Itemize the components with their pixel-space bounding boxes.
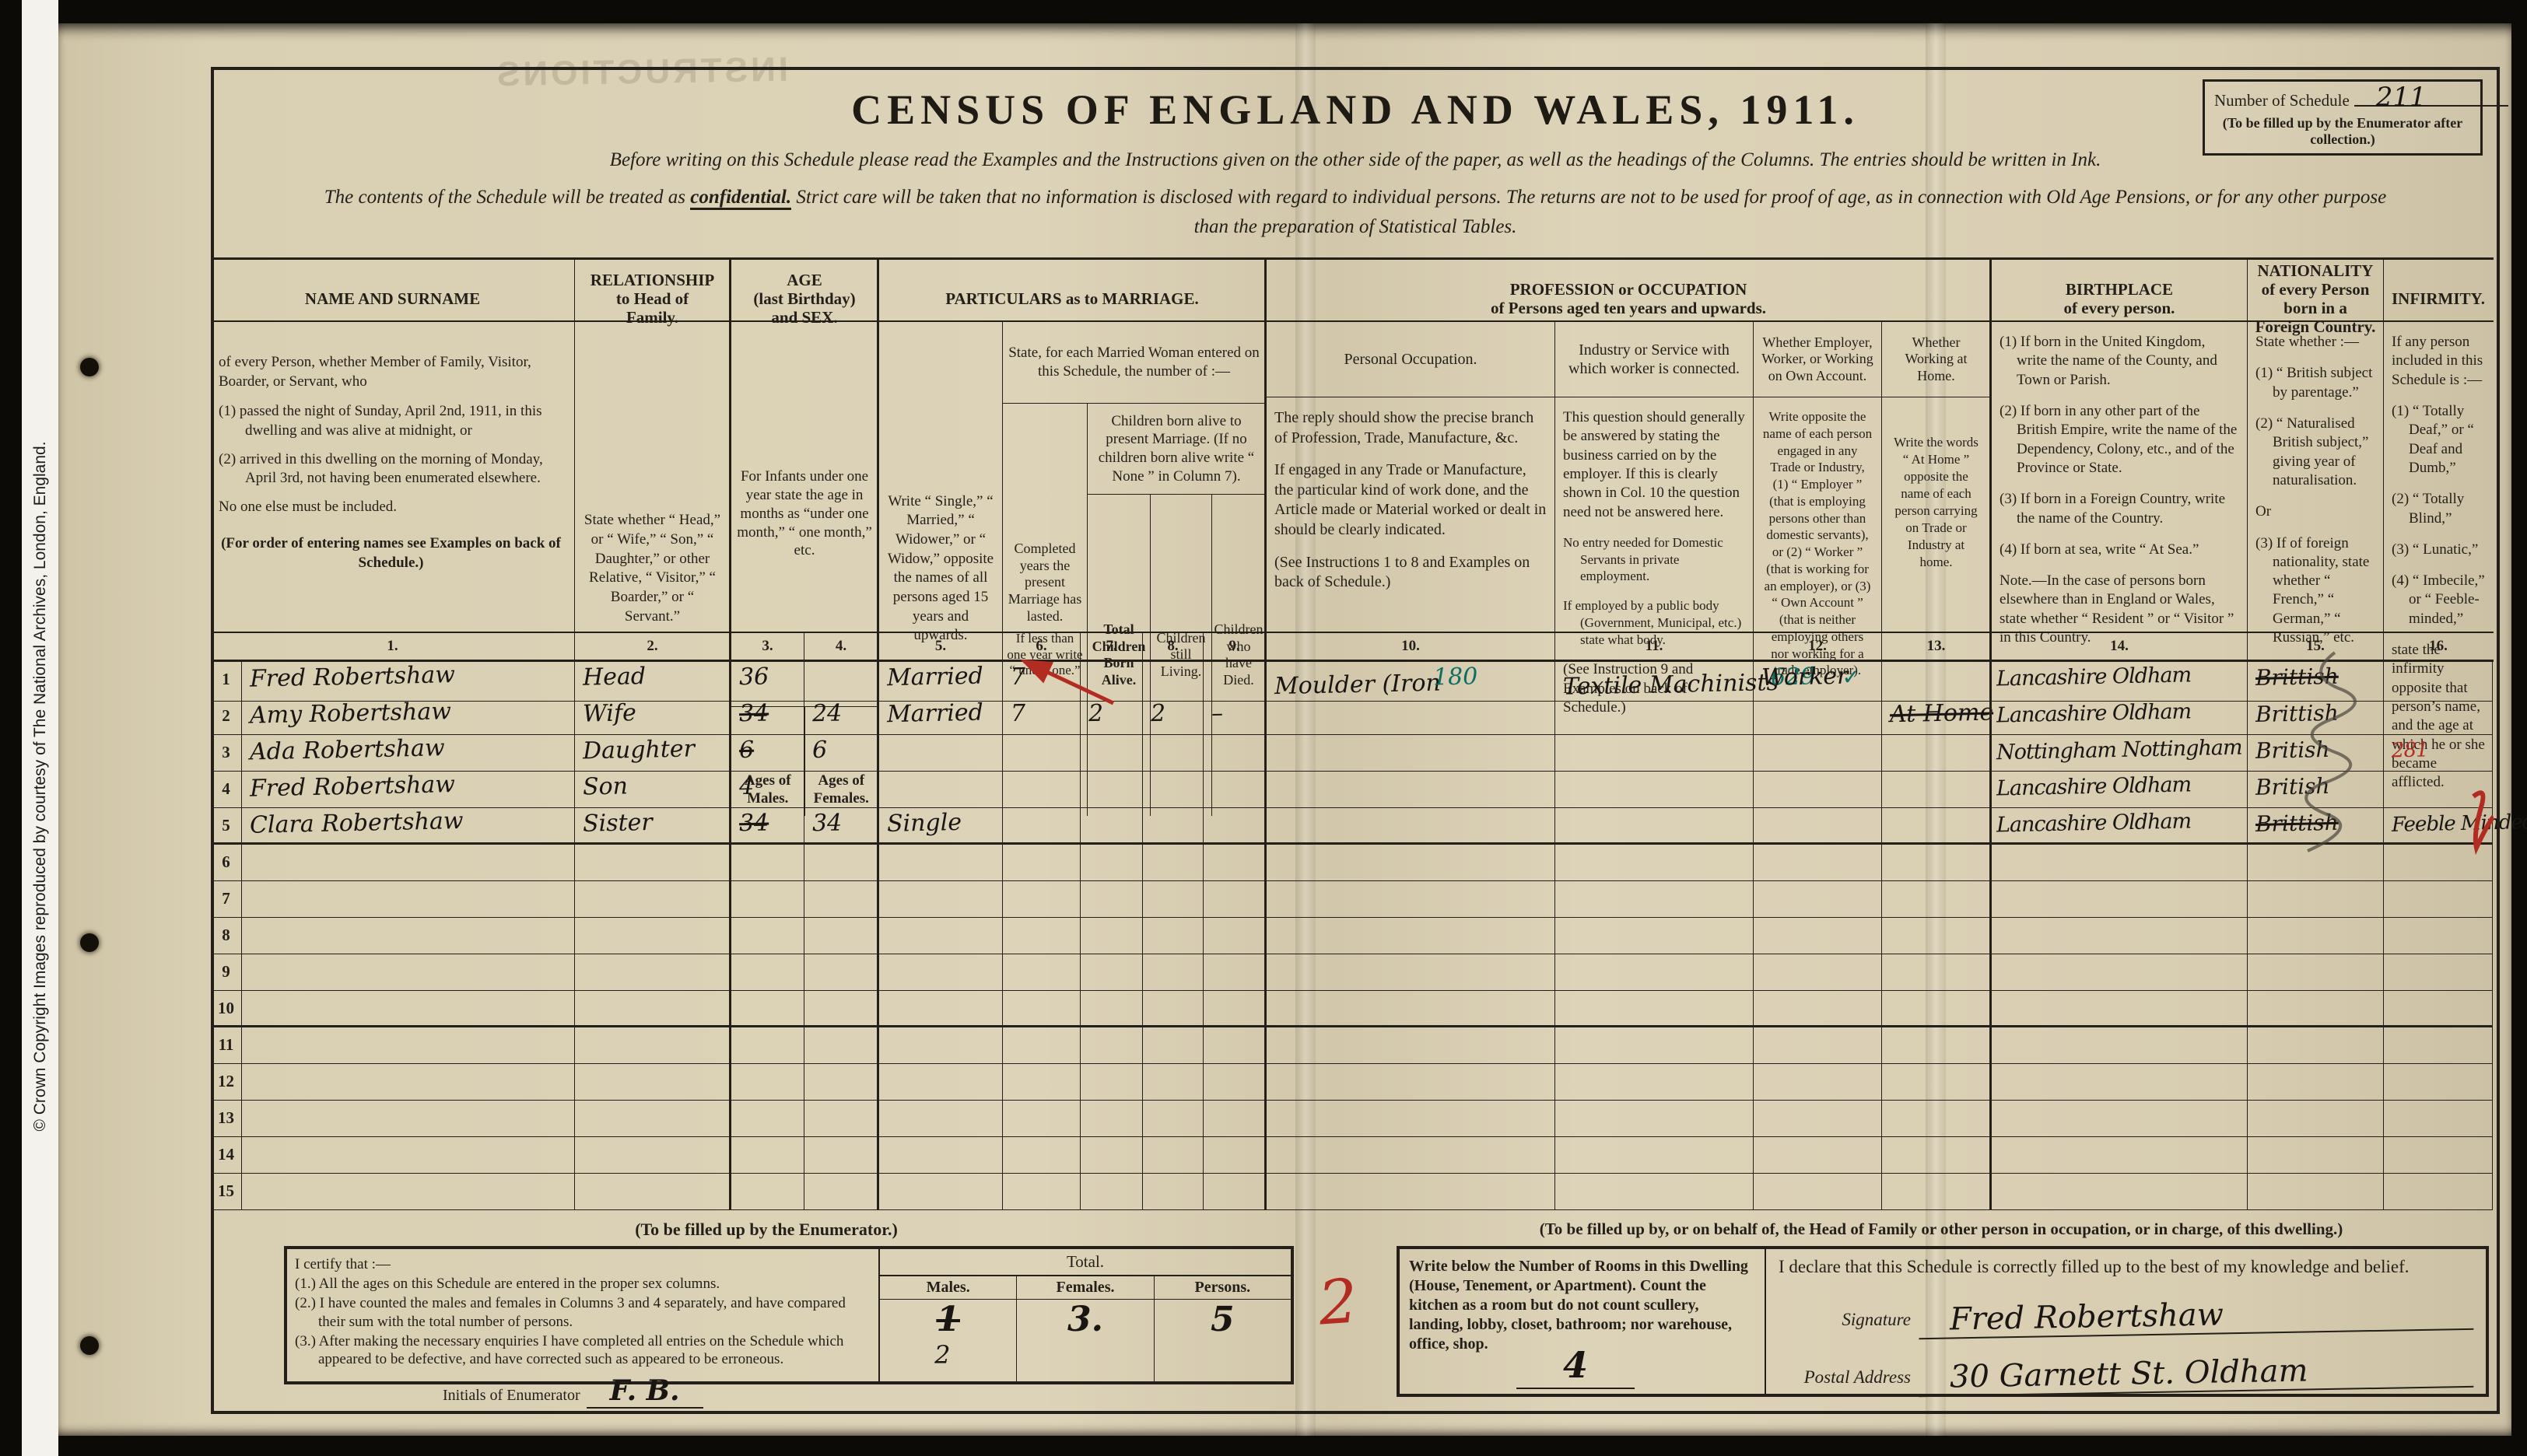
cell-f [804,1027,878,1064]
cell-c8 [1143,1174,1204,1210]
cell-c9 [1204,1027,1266,1064]
cell-ind [1555,918,1754,954]
column-description-row: of every Person, whether Member of Famil… [211,322,2494,633]
cell-occ [1264,1174,1555,1210]
cell-f: 6 [804,735,878,772]
cell-c8 [1143,1101,1204,1137]
cell-m: 6 [729,735,804,772]
enumerator-heading: (To be filled up by the Enumerator.) [331,1220,1202,1240]
table-row: 10 [211,991,2494,1027]
cell-birth: Lancashire Oldham [1989,662,2248,702]
cell-ind [1555,1064,1754,1101]
desc-birth-2: (2) If born in any other part of the Bri… [2000,402,2239,478]
hole-punch [80,933,99,952]
cell-occ [1264,1064,1555,1101]
totals-table: Total. Males. 12 Females. 3. Persons. 5 [880,1249,1291,1381]
desc-occ-p2: If engaged in any Trade or Manufacture, … [1274,460,1547,540]
desc-inf-3: (2) “ Totally Blind,” [2392,490,2485,528]
cell-c6 [1003,808,1081,845]
cell-c6 [1003,845,1081,881]
cell-c6 [1003,1064,1081,1101]
hole-punch [80,1336,99,1355]
desc-married-woman: State, for each Married Woman entered on… [1003,322,1265,404]
cell-mar [877,918,1003,954]
census-form: Number of Schedule211 (To be filled up b… [211,67,2500,1414]
cell-c9 [1204,845,1266,881]
totals-title: Total. [880,1249,1291,1276]
cell-occ [1264,881,1555,918]
cell-c9: – [1204,698,1266,735]
cell-mar [877,1064,1003,1101]
cell-nat: British [2248,772,2384,808]
rooms-box: Write below the Number of Rooms in this … [1400,1249,1766,1394]
cell-c7 [1081,1064,1143,1101]
desc-nat-2: (1) “ British subject by parentage.” [2255,364,2375,402]
cell-m [729,991,804,1027]
desc-inf-5: (4) “ Imbecile,” or “ Feeble-minded,” [2392,572,2485,628]
enumerator-certify: I certify that :— (1.) All the ages on t… [287,1249,880,1381]
cell-rel [575,845,731,881]
cell-rel [575,1064,731,1101]
cell-home [1882,1101,1991,1137]
cell-nat [2248,1174,2384,1210]
cell-c8 [1143,845,1204,881]
cell-birth: Lancashire Oldham [1989,698,2248,735]
cell-occ: Moulder (Iron180 [1264,662,1555,702]
desc-occupation-title: Personal Occupation. [1267,322,1554,397]
cell-name [242,881,575,918]
enumerator-initials-value: F. B. [587,1374,703,1409]
cell-home [1882,1137,1991,1174]
cell-c9 [1204,1137,1266,1174]
hole-punch [80,358,99,376]
col-num-15: 15. [2248,633,2384,660]
desc-birth-3: (3) If born in a Foreign Country, write … [2000,490,2239,528]
totals-females: Females. 3. [1017,1276,1154,1381]
cell-f [804,1174,878,1210]
cell-mar [877,772,1003,808]
desc-industry-title: Industry or Service with which worker is… [1555,322,1753,397]
cell-home [1882,991,1991,1027]
col-num-5: 5. [877,633,1003,660]
cell-mar: Married [877,662,1003,702]
cell-emp [1754,1027,1882,1064]
desc-birth-4: (4) If born at sea, write “ At Sea.” [2000,541,2239,559]
table-row: 5Clara RobertshawSister3434SingleLancash… [211,808,2494,845]
cell-emp [1754,954,1882,991]
row-number: 6 [211,845,242,881]
cell-inf [2384,772,2493,808]
cell-name [242,954,575,991]
postal-address-value: 30 Garnett St. Oldham [1919,1350,2474,1397]
cell-emp [1754,991,1882,1027]
cell-occ [1264,991,1555,1027]
cell-m [729,954,804,991]
cell-birth [1989,954,2248,991]
confidential-pre: The contents of the Schedule will be tre… [324,187,691,208]
confidential-post: Strict care will be taken that no inform… [791,187,2386,208]
desc-nat-1: State whether :— [2255,333,2375,352]
cell-occ [1264,918,1555,954]
cell-emp [1754,808,1882,845]
cell-f [804,1101,878,1137]
cell-c6 [1003,735,1081,772]
cell-c8 [1143,1137,1204,1174]
scanned-census-page: © Crown Copyright Images reproduced by c… [0,0,2527,1456]
cell-home [1882,735,1991,772]
cell-mar [877,1101,1003,1137]
cell-nat [2248,1064,2384,1101]
cell-c7 [1081,1027,1143,1064]
cell-occ [1264,735,1555,772]
row-number: 12 [211,1064,242,1101]
cell-mar [877,991,1003,1027]
cell-inf: Feeble Minded [2384,808,2493,845]
row-number: 13 [211,1101,242,1137]
cell-c7 [1081,808,1143,845]
cell-c7 [1081,845,1143,881]
desc-at-home-body: Write the words “ At Home ” opposite the… [1882,397,1990,607]
signature-label: Signature [1779,1310,1919,1330]
cell-home [1882,772,1991,808]
cell-birth [1989,845,2248,881]
cell-nat [2248,918,2384,954]
desc-occ-p1: The reply should show the precise branch… [1274,408,1547,448]
cell-name [242,1101,575,1137]
cell-name: Amy Robertshaw [242,698,575,735]
cell-emp [1754,1137,1882,1174]
form-title: CENSUS OF ENGLAND AND WALES, 1911. [214,86,2497,134]
cell-birth [1989,881,2248,918]
cell-mar [877,1174,1003,1210]
cell-c7 [1081,881,1143,918]
cell-rel: Sister [575,808,731,845]
cell-ind [1555,954,1754,991]
cell-rel [575,1027,731,1064]
cell-m: 36 [729,662,804,702]
table-row: 1Fred RobertshawHead36Married7Moulder (I… [211,662,2494,698]
cell-home [1882,918,1991,954]
cell-name [242,1027,575,1064]
cell-birth [1989,1027,2248,1064]
cell-f [804,881,878,918]
col-num-3: 3. [729,633,804,660]
row-number: 3 [211,735,242,772]
cell-inf [2384,1064,2493,1101]
cell-rel [575,881,731,918]
table-row: 8 [211,918,2494,954]
totals-males-value: 1 [936,1300,960,1339]
cell-mar [877,1137,1003,1174]
table-row: 15 [211,1174,2494,1210]
col-num-8: 8. [1143,633,1204,660]
cell-c6 [1003,1027,1081,1064]
row-number: 4 [211,772,242,808]
householder-box: Write below the Number of Rooms in this … [1397,1246,2489,1397]
cell-ind [1555,1101,1754,1137]
cell-f [804,991,878,1027]
cell-c8 [1143,662,1204,702]
cell-f [804,954,878,991]
cell-inf [2384,698,2493,735]
scan-margin-strip: © Crown Copyright Images reproduced by c… [22,0,58,1456]
cell-occ [1264,1101,1555,1137]
cell-c7 [1081,991,1143,1027]
cell-inf [2384,1027,2493,1064]
cell-nat: Brittish [2248,662,2384,702]
cell-emp [1754,698,1882,735]
cell-mar [877,881,1003,918]
cell-inf [2384,845,2493,881]
cell-name [242,1137,575,1174]
row-number: 10 [211,991,242,1027]
cell-rel: Head [575,662,731,702]
cell-c7: 2 [1081,698,1143,735]
cell-name [242,1174,575,1210]
initials-label: Initials of Enumerator [443,1387,580,1404]
desc-name-p2: (1) passed the night of Sunday, April 2n… [219,402,563,440]
cell-rel: Daughter [575,735,731,772]
cell-home [1882,1064,1991,1101]
cell-ind [1555,698,1754,735]
cell-birth [1989,1101,2248,1137]
cell-mar [877,1027,1003,1064]
cell-mar [877,735,1003,772]
desc-birth-1: (1) If born in the United Kingdom, write… [2000,333,2239,390]
cell-c7 [1081,954,1143,991]
cell-home [1882,808,1991,845]
cell-occ [1264,772,1555,808]
cell-birth [1989,1064,2248,1101]
row-number: 11 [211,1027,242,1064]
signature-value: Fred Robertshaw [1919,1293,2474,1339]
cell-m [729,881,804,918]
cell-f [804,662,878,702]
cell-name [242,991,575,1027]
cell-birth [1989,918,2248,954]
copyright-text: © Crown Copyright Images reproduced by c… [31,441,50,1131]
cell-c8 [1143,1027,1204,1064]
cell-c7 [1081,1101,1143,1137]
col-num-2: 2. [575,633,731,660]
cell-ind [1555,1137,1754,1174]
column-number-row: 1. 2. 3. 4. 5. 6. 7. 8. 9. 10. 11. 12. 1… [211,633,2494,662]
row-number: 1 [211,662,242,702]
postal-address-label: Postal Address [1779,1367,1919,1388]
cell-c9 [1204,662,1266,702]
col-num-4: 4. [804,633,878,660]
cell-c9 [1204,1174,1266,1210]
cell-nat: Brittish [2248,808,2384,845]
cell-c7 [1081,662,1143,702]
desc-nat-4: Or [2255,502,2375,521]
row-number: 14 [211,1137,242,1174]
col-num-13: 13. [1882,633,1991,660]
confidential-word: confidential. [690,187,791,210]
cell-inf [2384,954,2493,991]
cell-ind: Textile Machinists629 [1555,662,1754,702]
cell-f: 24 [804,698,878,735]
cell-rel: Wife [575,698,731,735]
cell-mar: Married [877,698,1003,735]
table-row: 3Ada RobertshawDaughter66Nottingham Nott… [211,735,2494,772]
cell-rel [575,918,731,954]
cell-name: Fred Robertshaw [242,662,575,702]
table-row: 11 [211,1027,2494,1064]
cell-c6 [1003,918,1081,954]
cell-nat [2248,991,2384,1027]
cell-home [1882,845,1991,881]
cell-occ [1264,808,1555,845]
row-number: 5 [211,808,242,845]
cell-m [729,918,804,954]
cell-c9 [1204,1101,1266,1137]
cell-ind [1555,1027,1754,1064]
row-number: 8 [211,918,242,954]
cell-c9 [1204,1064,1266,1101]
confidential-line-2: than the preparation of Statistical Tabl… [214,216,2497,238]
cell-occ [1264,845,1555,881]
cell-birth: Nottingham Nottingham [1989,735,2248,772]
totals-females-label: Females. [1017,1276,1153,1300]
desc-inf-2: (1) “ Totally Deaf,” or “ Deaf and Dumb,… [2392,402,2485,478]
desc-inf-1: If any person included in this Schedule … [2392,333,2485,390]
cell-emp: Worker✓ [1754,662,1882,702]
cell-nat: Brittish [2248,698,2384,735]
householder-heading: (To be filled up by, or on behalf of, th… [1397,1220,2486,1239]
cell-m: 34 [729,698,804,735]
cell-ind [1555,808,1754,845]
cell-occ [1264,698,1555,735]
col-num-7: 7. [1081,633,1143,660]
instruction-line: Before writing on this Schedule please r… [214,149,2497,171]
cell-emp [1754,1101,1882,1137]
cell-emp [1754,881,1882,918]
cell-home [1882,881,1991,918]
totals-females-value: 3. [1017,1300,1153,1381]
cell-name: Fred Robertshaw [242,772,575,808]
desc-name-p4: No one else must be included. [219,498,563,517]
cell-ind [1555,845,1754,881]
certify-item-3: (3.) After making the necessary enquirie… [295,1332,871,1368]
table-row: 14 [211,1137,2494,1174]
row-number: 9 [211,954,242,991]
cell-emp [1754,1174,1882,1210]
cell-f [804,845,878,881]
cell-mar: Single [877,808,1003,845]
cell-ind [1555,881,1754,918]
certify-item-2: (2.) I have counted the males and female… [295,1294,871,1330]
census-form-paper: INSTRUCTIONS Number of Schedule211 (To b… [58,23,2511,1436]
col-num-12: 12. [1754,633,1882,660]
cell-occ [1264,1027,1555,1064]
cell-name [242,1064,575,1101]
cell-home [1882,1027,1991,1064]
cell-c6 [1003,881,1081,918]
cell-birth [1989,1174,2248,1210]
cell-c6: 7 [1003,698,1081,735]
desc-ind-p2: No entry needed for Domestic Servants in… [1563,534,1745,585]
col-num-9: 9. [1204,633,1266,660]
cell-c7 [1081,772,1143,808]
cell-c8 [1143,918,1204,954]
rooms-value: 4 [1516,1343,1635,1390]
cell-c6 [1003,1174,1081,1210]
cell-c6 [1003,954,1081,991]
cell-inf [2384,918,2493,954]
cell-name [242,918,575,954]
cell-name: Ada Robertshaw [242,735,575,772]
cell-home [1882,954,1991,991]
cell-c6: 7 [1003,662,1081,702]
desc-completed-years: Completed years the present Marriage has… [1006,541,1084,625]
cell-rel: Son [575,772,731,808]
cell-c8 [1143,1064,1204,1101]
desc-children-head: Children born alive to present Marriage.… [1088,404,1265,495]
table-row: 2Amy RobertshawWife3424Married722–At Hom… [211,698,2494,735]
cell-rel [575,954,731,991]
cell-c8 [1143,881,1204,918]
totals-persons-label: Persons. [1155,1276,1291,1300]
totals-males: Males. 12 [880,1276,1017,1381]
cell-ind [1555,735,1754,772]
table-row: 4Fred RobertshawSon4Lancashire OldhamBri… [211,772,2494,808]
cell-c6 [1003,1137,1081,1174]
desc-nat-5: (3) If of foreign nationality, state whe… [2255,534,2375,648]
totals-males-corrected: 2 [934,1340,950,1370]
desc-employer-title: Whether Employer, Worker, or Working on … [1754,322,1881,397]
cell-nat [2248,1027,2384,1064]
cell-c9 [1204,881,1266,918]
cell-birth: Lancashire Oldham [1989,808,2248,845]
cell-f [804,772,878,808]
cell-emp [1754,918,1882,954]
cell-c8 [1143,991,1204,1027]
col-num-10: 10. [1264,633,1555,660]
cell-f: 34 [804,808,878,845]
cell-m [729,845,804,881]
cell-c9 [1204,808,1266,845]
cell-ind [1555,1174,1754,1210]
desc-name-p3: (2) arrived in this dwelling on the morn… [219,450,563,488]
cell-c7 [1081,1137,1143,1174]
cell-f [804,1064,878,1101]
table-row: 13 [211,1101,2494,1137]
cell-nat: British [2248,735,2384,772]
declaration-text: I declare that this Schedule is correctl… [1779,1257,2473,1277]
cell-emp [1754,1064,1882,1101]
cell-emp [1754,735,1882,772]
cell-rel [575,1101,731,1137]
cell-rel [575,1137,731,1174]
cell-home [1882,662,1991,702]
col-num-14: 14. [1989,633,2248,660]
table-row: 12 [211,1064,2494,1101]
cell-rel [575,1174,731,1210]
cell-c7 [1081,1174,1143,1210]
cell-c6 [1003,991,1081,1027]
cell-ind [1555,772,1754,808]
enumerator-box: I certify that :— (1.) All the ages on t… [284,1246,1294,1384]
cell-c9 [1204,991,1266,1027]
col-num-16: 16. [2384,633,2493,660]
cell-inf [2384,1137,2493,1174]
red-annotation: 2 [1316,1266,1360,1339]
cell-c7 [1081,735,1143,772]
census-table: NAME AND SURNAME RELATIONSHIP to Head of… [211,257,2494,1210]
cell-m: 34 [729,808,804,845]
cell-c9 [1204,918,1266,954]
